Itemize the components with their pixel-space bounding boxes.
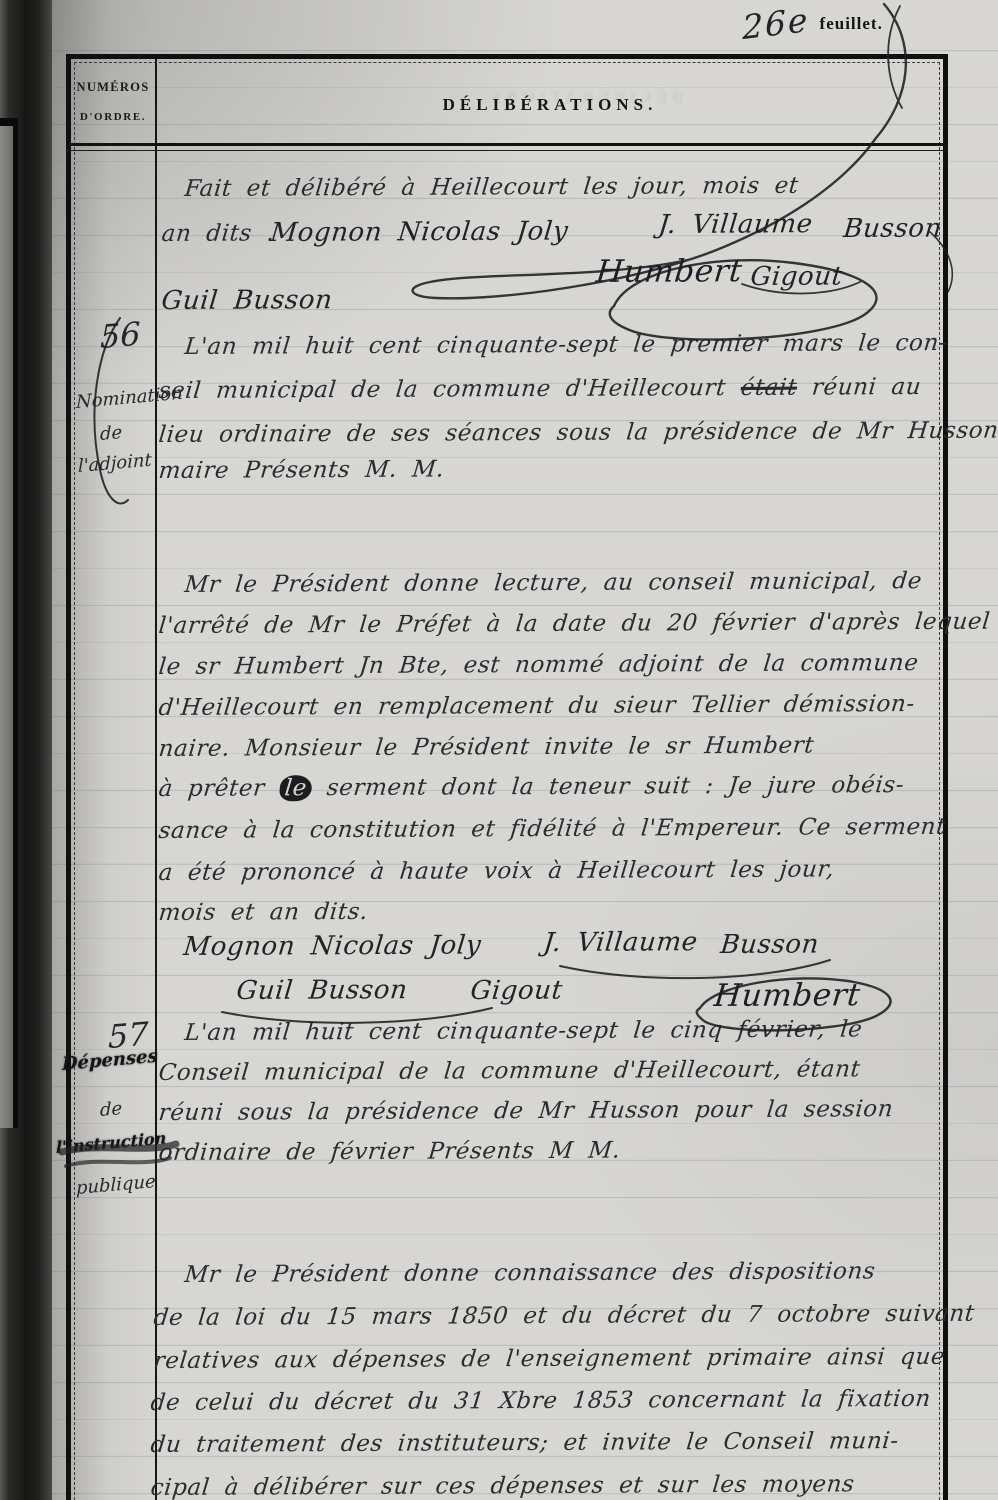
manuscript-line: lieu ordinaire de ses séances sous la pr… <box>157 418 998 448</box>
manuscript-line: an dits . <box>160 220 276 247</box>
folio-header: 26efeuillet. <box>742 4 883 43</box>
manuscript-text: serment dont la teneur suit : Je jure ob… <box>326 772 906 801</box>
signature: Busson <box>842 213 944 244</box>
manuscript-line: du traitement des instituteurs; et invit… <box>149 1428 900 1458</box>
manuscript-line: ordinaire de février Présents M M. <box>157 1138 621 1166</box>
manuscript-text: réuni au <box>811 374 923 401</box>
manuscript-line: seil municipal de la commune d'Heillecou… <box>157 374 922 404</box>
signature: Gigout <box>749 262 844 292</box>
manuscript-line: de la loi du 15 mars 1850 et du décret d… <box>152 1301 976 1331</box>
folio-number: 26e <box>742 0 810 47</box>
manuscript-line: a été prononcé à haute voix à Heillecour… <box>157 856 835 886</box>
manuscript-layer: Fait et délibéré à Heillecourt les jour,… <box>0 0 998 1500</box>
manuscript-line: Mr le Président donne lecture, au consei… <box>183 568 923 598</box>
scanned-register-photo: { "colors": { "paper": "#d7d6d3", "ink":… <box>0 0 998 1500</box>
margin-entry-label: l'adjoint <box>78 450 152 478</box>
manuscript-line: relatives aux dépenses de l'enseignement… <box>152 1344 946 1374</box>
manuscript-line: de celui du décret du 31 Xbre 1853 conce… <box>149 1386 932 1416</box>
signature: J. Villaume <box>542 927 699 958</box>
signature: Humbert <box>712 977 862 1014</box>
margin-entry-label: de <box>100 1098 122 1121</box>
folio-label: feuillet. <box>820 14 883 33</box>
margin-entry-label: l'instruction <box>56 1128 166 1157</box>
manuscript-line: sance à la constitution et fidélité à l'… <box>157 814 947 844</box>
signature: Gigout <box>469 976 564 1006</box>
manuscript-line: le sr Humbert Jn Bte, est nommé adjoint … <box>157 650 919 680</box>
manuscript-line: Fait et délibéré à Heillecourt les jour,… <box>183 173 800 202</box>
manuscript-line: l'arrêté de Mr le Préfet à la date du 20… <box>157 609 991 639</box>
manuscript-line: L'an mil huit cent cinquante-sept le pre… <box>183 330 948 360</box>
signature: Guil Busson <box>235 975 409 1006</box>
manuscript-line: d'Heillecourt en remplacement du sieur T… <box>157 691 916 721</box>
signature: Mognon Nicolas Joly <box>182 930 483 962</box>
manuscript-line: maire Présents M. M. <box>157 457 445 484</box>
manuscript-text: seil municipal de la commune d'Heillecou… <box>157 375 727 404</box>
manuscript-line: cipal à délibérer sur ces dépenses et su… <box>149 1471 855 1500</box>
manuscript-text: à prêter <box>157 775 266 802</box>
signature: Mognon Nicolas Joly <box>269 216 570 248</box>
signature: Humbert <box>594 253 744 290</box>
manuscript-line: mois et an dits. <box>157 899 369 926</box>
ink-blot-word: le <box>278 775 313 801</box>
manuscript-line: à prêter le serment dont la teneur suit … <box>157 772 905 802</box>
signature: Busson <box>719 929 821 960</box>
manuscript-line: Mr le Président donne connaissance des d… <box>183 1258 876 1288</box>
margin-entry-number: 56 <box>100 314 141 356</box>
signature: J. Villaume <box>657 209 814 240</box>
signature: Guil Busson <box>160 285 334 316</box>
margin-entry-label: de <box>100 422 122 445</box>
manuscript-line: L'an mil huit cent cinquante-sept le cin… <box>183 1016 863 1046</box>
margin-entry-label: publique <box>76 1171 156 1199</box>
struck-word: était <box>740 375 799 401</box>
manuscript-line: Conseil municipal de la commune d'Heille… <box>157 1056 861 1086</box>
manuscript-line: naire. Monsieur le Président invite le s… <box>157 733 815 762</box>
manuscript-line: réuni sous la présidence de Mr Husson po… <box>157 1096 894 1126</box>
margin-entry-label: Dépenses <box>62 1046 158 1075</box>
